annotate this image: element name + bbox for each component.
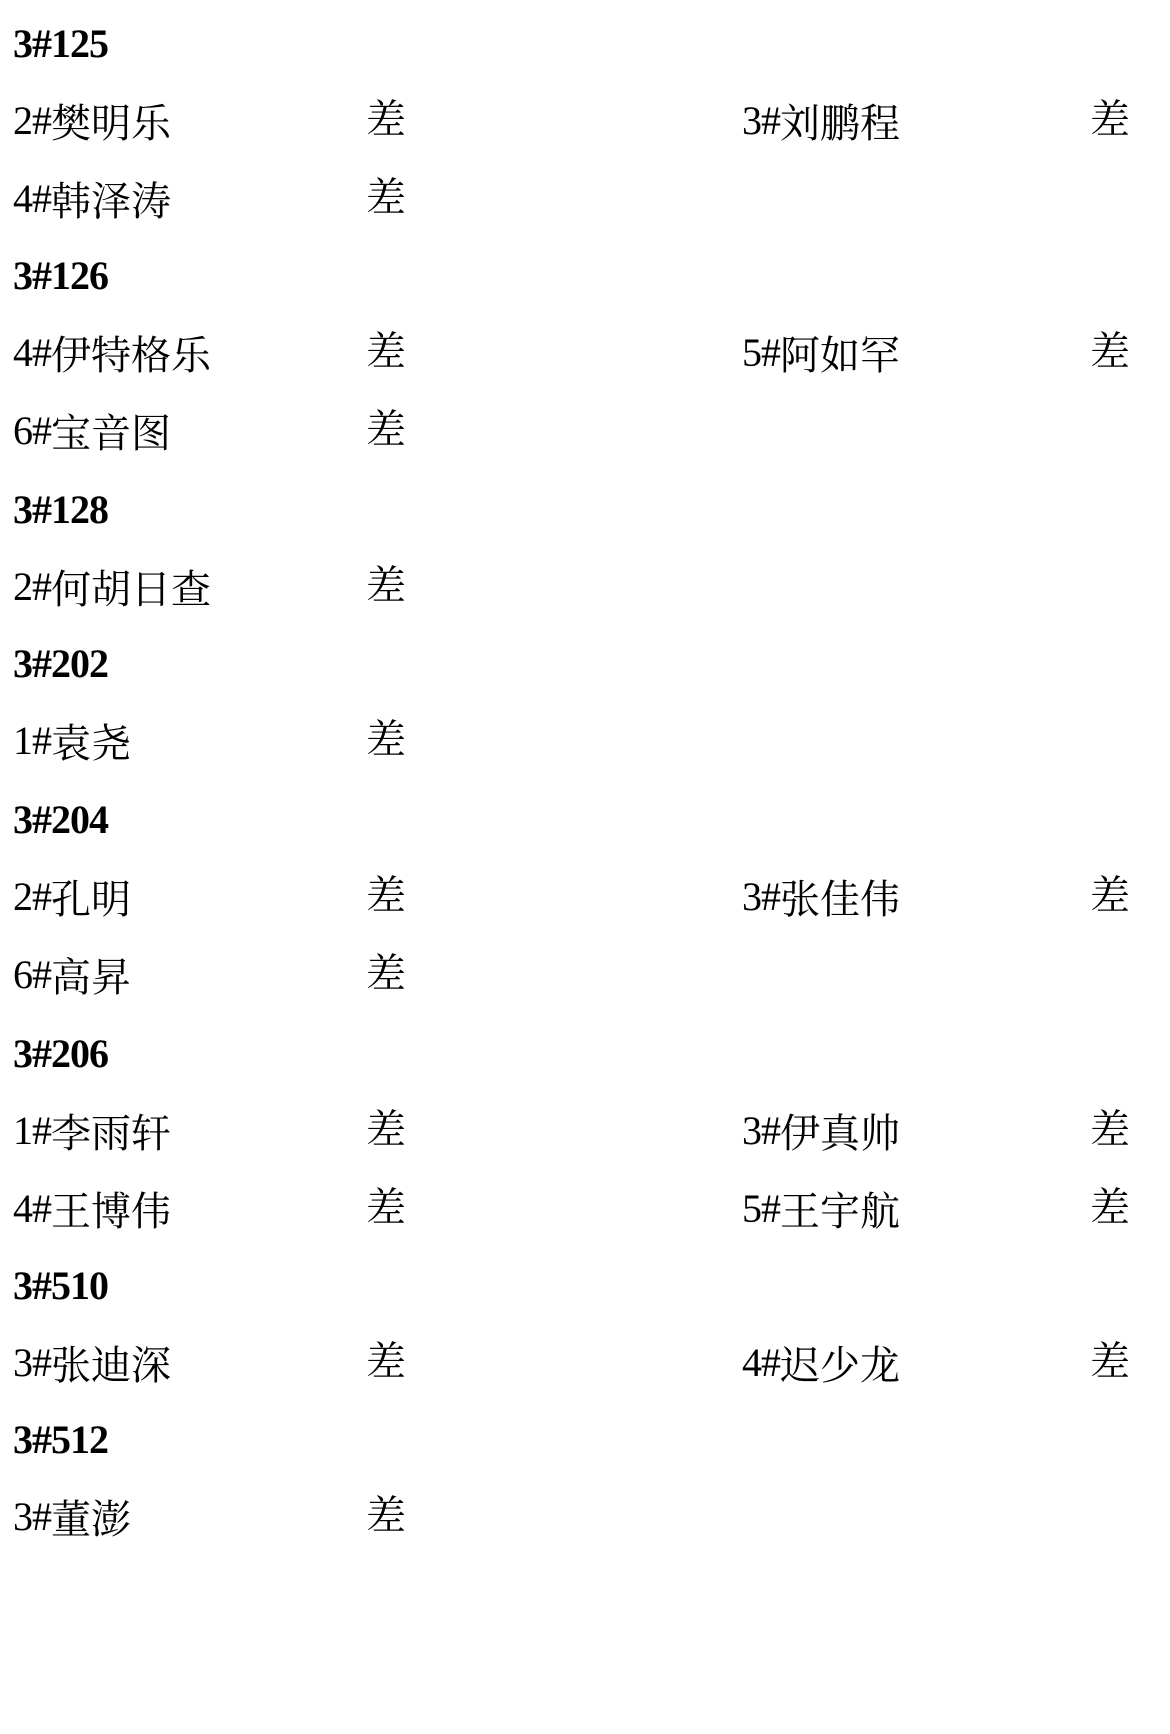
occupant-name: 袁尧 (51, 712, 131, 769)
occupant-name: 张佳伟 (780, 868, 900, 925)
grade-label: 差 (366, 1488, 406, 1544)
list-row: 6#高昇 差 (0, 946, 1170, 1002)
occupant-entry: 6#高昇 (13, 946, 131, 1002)
list-row: 1#李雨轩 差 3#伊真帅 差 (0, 1102, 1170, 1158)
occupant-entry: 3#张迪深 (13, 1334, 171, 1390)
list-row: 4#韩泽涛 差 (0, 170, 1170, 226)
list-row: 2#何胡日查 差 (0, 558, 1170, 614)
occupant-entry: 3#刘鹏程 (742, 92, 900, 148)
occupant-entry: 1#李雨轩 (13, 1102, 171, 1158)
occupant-name: 王博伟 (51, 1180, 171, 1237)
grade-label: 差 (1090, 92, 1130, 148)
occupant-entry: 4#王博伟 (13, 1180, 171, 1236)
grade-label: 差 (366, 170, 406, 226)
grade-label: 差 (366, 946, 406, 1002)
occupant-entry: 3#董澎 (13, 1488, 131, 1544)
occupant-entry: 5#王宇航 (742, 1180, 900, 1236)
occupant-entry: 3#张佳伟 (742, 868, 900, 924)
grade-label: 差 (366, 868, 406, 924)
grade-label: 差 (366, 558, 406, 614)
occupant-name: 迟少龙 (780, 1334, 900, 1391)
room-header: 3#202 (13, 640, 108, 688)
bed-number: 5# (742, 1185, 780, 1232)
bed-number: 3# (13, 1339, 51, 1386)
bed-number: 4# (13, 329, 51, 376)
list-row: 1#袁尧 差 (0, 712, 1170, 768)
room-header: 3#512 (13, 1416, 108, 1464)
bed-number: 3# (742, 1107, 780, 1154)
occupant-entry: 4#韩泽涛 (13, 170, 171, 226)
bed-number: 4# (13, 1185, 51, 1232)
bed-number: 5# (742, 329, 780, 376)
grade-label: 差 (366, 324, 406, 380)
occupant-entry: 2#樊明乐 (13, 92, 171, 148)
bed-number: 1# (13, 1107, 51, 1154)
grade-label: 差 (366, 1102, 406, 1158)
list-row: 2#樊明乐 差 3#刘鹏程 差 (0, 92, 1170, 148)
occupant-name: 刘鹏程 (780, 92, 900, 149)
occupant-name: 王宇航 (780, 1180, 900, 1237)
occupant-name: 韩泽涛 (51, 170, 171, 227)
occupant-name: 董澎 (51, 1488, 131, 1545)
grade-label: 差 (1090, 324, 1130, 380)
room-header: 3#125 (13, 20, 108, 68)
bed-number: 6# (13, 951, 51, 998)
occupant-name: 伊真帅 (780, 1102, 900, 1159)
grade-label: 差 (1090, 1334, 1130, 1390)
occupant-name: 何胡日查 (51, 558, 211, 615)
occupant-name: 阿如罕 (780, 324, 900, 381)
bed-number: 2# (13, 563, 51, 610)
bed-number: 4# (742, 1339, 780, 1386)
list-row: 6#宝音图 差 (0, 402, 1170, 458)
bed-number: 3# (13, 1493, 51, 1540)
occupant-entry: 1#袁尧 (13, 712, 131, 768)
occupant-name: 樊明乐 (51, 92, 171, 149)
room-header: 3#510 (13, 1262, 108, 1310)
list-row: 3#张迪深 差 4#迟少龙 差 (0, 1334, 1170, 1390)
occupant-name: 高昇 (51, 946, 131, 1003)
occupant-name: 宝音图 (51, 402, 171, 459)
bed-number: 2# (13, 97, 51, 144)
bed-number: 6# (13, 407, 51, 454)
list-row: 4#王博伟 差 5#王宇航 差 (0, 1180, 1170, 1236)
grade-label: 差 (366, 1180, 406, 1236)
list-row: 3#董澎 差 (0, 1488, 1170, 1544)
occupant-name: 伊特格乐 (51, 324, 211, 381)
grade-label: 差 (366, 402, 406, 458)
bed-number: 1# (13, 717, 51, 764)
bed-number: 4# (13, 175, 51, 222)
grade-label: 差 (1090, 1180, 1130, 1236)
occupant-entry: 2#何胡日查 (13, 558, 211, 614)
grade-label: 差 (366, 1334, 406, 1390)
bed-number: 3# (742, 873, 780, 920)
occupant-entry: 6#宝音图 (13, 402, 171, 458)
occupant-entry: 5#阿如罕 (742, 324, 900, 380)
occupant-entry: 3#伊真帅 (742, 1102, 900, 1158)
occupant-name: 孔明 (51, 868, 131, 925)
bed-number: 2# (13, 873, 51, 920)
grade-label: 差 (366, 92, 406, 148)
occupant-name: 张迪深 (51, 1334, 171, 1391)
room-header: 3#204 (13, 796, 108, 844)
occupant-entry: 4#迟少龙 (742, 1334, 900, 1390)
list-row: 2#孔明 差 3#张佳伟 差 (0, 868, 1170, 924)
room-header: 3#126 (13, 252, 108, 300)
occupant-entry: 2#孔明 (13, 868, 131, 924)
room-header: 3#128 (13, 486, 108, 534)
grade-label: 差 (1090, 868, 1130, 924)
bed-number: 3# (742, 97, 780, 144)
grade-label: 差 (366, 712, 406, 768)
occupant-entry: 4#伊特格乐 (13, 324, 211, 380)
grade-label: 差 (1090, 1102, 1130, 1158)
occupant-name: 李雨轩 (51, 1102, 171, 1159)
list-row: 4#伊特格乐 差 5#阿如罕 差 (0, 324, 1170, 380)
room-header: 3#206 (13, 1030, 108, 1078)
